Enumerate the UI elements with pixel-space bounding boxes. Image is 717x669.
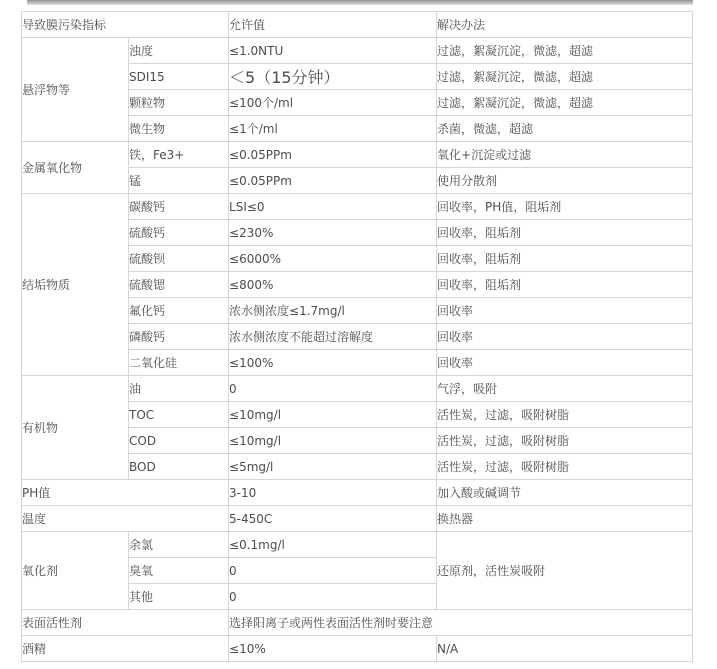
group-cell-organics: 有机物: [22, 376, 129, 480]
item-cell: SDI15: [129, 64, 229, 90]
solution-cell-oxidizers-merged: 还原剂，活性炭吸附: [437, 532, 693, 610]
item-cell: 油: [129, 376, 229, 402]
value-cell: ≤5mg/l: [229, 454, 437, 480]
solution-cell: 使用分散剂: [437, 168, 693, 194]
item-cell: 颗粒物: [129, 90, 229, 116]
value-cell: ＜5（15分钟）: [229, 64, 437, 90]
top-divider-bar: [27, 0, 693, 5]
solution-cell: 回收率，阻垢剂: [437, 246, 693, 272]
item-cell: 微生物: [129, 116, 229, 142]
header-solution: 解决办法: [437, 12, 693, 38]
solution-cell: 回收率，PH值，阻垢剂: [437, 194, 693, 220]
item-cell: 锰: [129, 168, 229, 194]
item-cell: BOD: [129, 454, 229, 480]
table-row: 结垢物质 碳酸钙 LSI≤0 回收率，PH值，阻垢剂: [22, 194, 693, 220]
item-cell-surfactant: 表面活性剂: [22, 610, 229, 636]
header-allowed-value: 允许值: [229, 12, 437, 38]
item-cell-temperature: 温度: [22, 506, 229, 532]
item-cell: 二氧化硅: [129, 350, 229, 376]
item-cell-ph: PH值: [22, 480, 229, 506]
header-indicator: 导致膜污染指标: [22, 12, 229, 38]
table-row: 温度 5-450C 换热器: [22, 506, 693, 532]
item-cell: TOC: [129, 402, 229, 428]
group-cell-oxidizers: 氧化剂: [22, 532, 129, 610]
value-cell: ≤10mg/l: [229, 402, 437, 428]
item-cell: 铁，Fe3+: [129, 142, 229, 168]
solution-cell: N/A: [437, 636, 693, 662]
value-cell: ≤800%: [229, 272, 437, 298]
item-cell-alcohol: 酒精: [22, 636, 229, 662]
value-cell: ≤230%: [229, 220, 437, 246]
item-cell: 硫酸钡: [129, 246, 229, 272]
value-cell-surfactant-note: 选择阳离子或两性表面活性剂时要注意: [229, 610, 693, 636]
group-cell-metal-oxides: 金属氧化物: [22, 142, 129, 194]
solution-cell: 回收率: [437, 298, 693, 324]
value-cell: 0: [229, 558, 437, 584]
value-cell: ≤0.1mg/l: [229, 532, 437, 558]
value-cell: 3-10: [229, 480, 437, 506]
table-row: 酒精 ≤10% N/A: [22, 636, 693, 662]
solution-cell: 气浮，吸附: [437, 376, 693, 402]
solution-cell: 过滤，絮凝沉淀，微滤，超滤: [437, 38, 693, 64]
item-cell: 磷酸钙: [129, 324, 229, 350]
value-cell: LSI≤0: [229, 194, 437, 220]
value-cell: 5-450C: [229, 506, 437, 532]
item-cell: 浊度: [129, 38, 229, 64]
item-cell: 氟化钙: [129, 298, 229, 324]
table-row: PH值 3-10 加入酸或碱调节: [22, 480, 693, 506]
solution-cell: 活性炭，过滤，吸附树脂: [437, 402, 693, 428]
value-cell: 0: [229, 584, 437, 610]
solution-cell: 回收率，阻垢剂: [437, 272, 693, 298]
item-cell: 碳酸钙: [129, 194, 229, 220]
item-cell: 其他: [129, 584, 229, 610]
value-cell: ≤10%: [229, 636, 437, 662]
solution-cell: 活性炭，过滤，吸附树脂: [437, 428, 693, 454]
value-cell: ≤0.05PPm: [229, 168, 437, 194]
table-row: 表面活性剂 选择阳离子或两性表面活性剂时要注意: [22, 610, 693, 636]
solution-cell: 过滤，絮凝沉淀，微滤，超滤: [437, 90, 693, 116]
solution-cell: 活性炭，过滤，吸附树脂: [437, 454, 693, 480]
solution-cell: 换热器: [437, 506, 693, 532]
solution-cell: 加入酸或碱调节: [437, 480, 693, 506]
table-row: 悬浮物等 浊度 ≤1.0NTU 过滤，絮凝沉淀，微滤，超滤: [22, 38, 693, 64]
value-cell: ≤6000%: [229, 246, 437, 272]
solution-cell: 过滤，絮凝沉淀，微滤，超滤: [437, 64, 693, 90]
value-cell: ≤100个/ml: [229, 90, 437, 116]
solution-cell: 氧化+沉淀或过滤: [437, 142, 693, 168]
value-cell: 0: [229, 376, 437, 402]
item-cell: COD: [129, 428, 229, 454]
value-cell: 浓水侧浓度≤1.7mg/l: [229, 298, 437, 324]
table-row: 氧化剂 余氯 ≤0.1mg/l 还原剂，活性炭吸附: [22, 532, 693, 558]
item-cell: 硫酸钙: [129, 220, 229, 246]
solution-cell: 回收率: [437, 324, 693, 350]
solution-cell: 杀菌，微滤，超滤: [437, 116, 693, 142]
value-cell: ≤100%: [229, 350, 437, 376]
table-row: 金属氧化物 铁，Fe3+ ≤0.05PPm 氧化+沉淀或过滤: [22, 142, 693, 168]
value-cell: ≤10mg/l: [229, 428, 437, 454]
value-cell: ≤1个/ml: [229, 116, 437, 142]
item-cell: 硫酸锶: [129, 272, 229, 298]
group-cell-suspended-solids: 悬浮物等: [22, 38, 129, 142]
item-cell: 臭氧: [129, 558, 229, 584]
table-row: 有机物 油 0 气浮，吸附: [22, 376, 693, 402]
header-row: 导致膜污染指标 允许值 解决办法: [22, 12, 693, 38]
value-cell: 浓水侧浓度不能超过溶解度: [229, 324, 437, 350]
solution-cell: 回收率，阻垢剂: [437, 220, 693, 246]
value-cell: ≤0.05PPm: [229, 142, 437, 168]
group-cell-scaling-substances: 结垢物质: [22, 194, 129, 376]
value-cell: ≤1.0NTU: [229, 38, 437, 64]
membrane-pollution-table: 导致膜污染指标 允许值 解决办法 悬浮物等 浊度 ≤1.0NTU 过滤，絮凝沉淀…: [21, 11, 693, 662]
item-cell: 余氯: [129, 532, 229, 558]
solution-cell: 回收率: [437, 350, 693, 376]
